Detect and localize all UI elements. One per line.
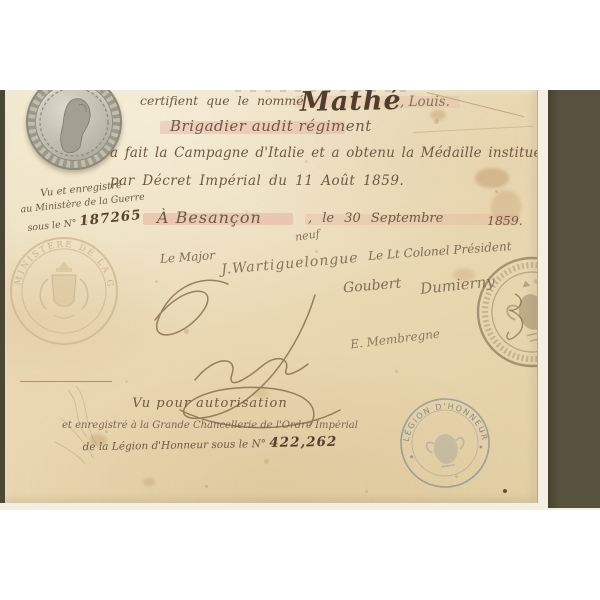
place-name: À Besançon <box>157 208 262 227</box>
correction-word: neuf <box>294 227 320 243</box>
ministere-guerre-embossed-seal-icon: MINISTÈRE DE LA GUERRE <box>8 235 120 347</box>
paraph-flourish-icon <box>501 288 531 348</box>
bottom-signature: E. Membregne <box>349 327 440 352</box>
paper-crease <box>413 126 533 133</box>
recipient-firstname: , Louis. <box>400 94 450 110</box>
authorization-number: 422,262 <box>269 434 337 451</box>
war-ministry-registration-note: Vu et enregistré au Ministère de la Guer… <box>13 175 153 238</box>
ink-dot <box>503 489 507 493</box>
recipient-name: Mathé <box>300 90 402 118</box>
authorization-number-prefix: de la Légion d'Honneur sous le N° <box>83 438 267 453</box>
napoleon-effigy-medal-icon <box>26 90 122 170</box>
year-text: 1859. <box>487 213 523 228</box>
framed-document-photo: MINISTÈRE DE LA GUERRE certifient que le… <box>0 90 600 510</box>
rank-line: Brigadier audit régiment <box>170 117 372 135</box>
stain <box>143 478 155 486</box>
emperor-profile-icon <box>35 90 113 161</box>
legion-honneur-blue-stamp-icon: LÉGION D'HONNEUR <box>392 390 498 496</box>
frame-right-band <box>548 90 600 508</box>
chancellery-authorization-block: Vu pour autorisation et enregistré à la … <box>60 396 360 452</box>
authorization-line2: et enregistré à la Grande Chancellerie d… <box>60 420 360 431</box>
right-signature-1: Goubert <box>342 275 401 296</box>
mat-bottom-strip <box>0 503 548 510</box>
date-text: , le 30 Septembre <box>308 211 443 226</box>
authorization-line1: Vu pour autorisation <box>60 396 360 411</box>
right-signatory-title: Le Lt Colonel Président <box>368 239 512 263</box>
document-paper: MINISTÈRE DE LA GUERRE certifient que le… <box>5 90 538 503</box>
registration-number-prefix: sous le N° <box>27 218 77 234</box>
campaign-line: a fait la Campagne d'Italie et a obtenu … <box>110 145 538 161</box>
stain <box>430 110 446 120</box>
stain <box>475 168 509 188</box>
decree-line: par Décret Impérial du 11 Août 1859. <box>110 173 404 189</box>
medal-face <box>35 90 113 161</box>
product-photo-page: MINISTÈRE DE LA GUERRE certifient que le… <box>0 0 600 600</box>
mat-right-strip <box>537 90 548 510</box>
certify-line-prefix: certifient que le nommé <box>140 93 304 108</box>
registration-number: 187265 <box>79 207 143 229</box>
